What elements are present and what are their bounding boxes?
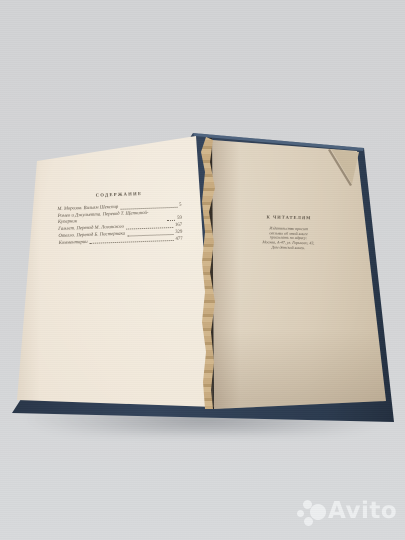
dot-leader: [127, 233, 173, 236]
avito-dots-icon: [304, 517, 313, 526]
to-readers-notice: К ЧИТАТЕЛЯМ Издательство просит отзывы о…: [249, 214, 328, 251]
avito-dots-icon: [310, 504, 326, 520]
toc-entry-page: 329: [175, 229, 182, 235]
toc-entry-page: 59: [177, 215, 182, 221]
toc-entry-page: 477: [175, 236, 182, 242]
table-of-contents: СОДЕРЖАНИЕ М. Морозов. Вильям Шекспир 5 …: [57, 190, 183, 247]
dot-leader: [167, 220, 175, 221]
toc-entry-title: Комментарии: [59, 239, 88, 246]
avito-label: Avito: [328, 498, 397, 524]
avito-watermark: Avito: [296, 496, 405, 532]
toc-entry-page: 167: [175, 222, 182, 228]
toc-entry-page: 5: [179, 203, 182, 209]
to-readers-heading: К ЧИТАТЕЛЯМ: [250, 214, 328, 221]
avito-dots-icon: [297, 510, 304, 517]
photo-open-book: СОДЕРЖАНИЕ М. Морозов. Вильям Шекспир 5 …: [0, 0, 405, 540]
